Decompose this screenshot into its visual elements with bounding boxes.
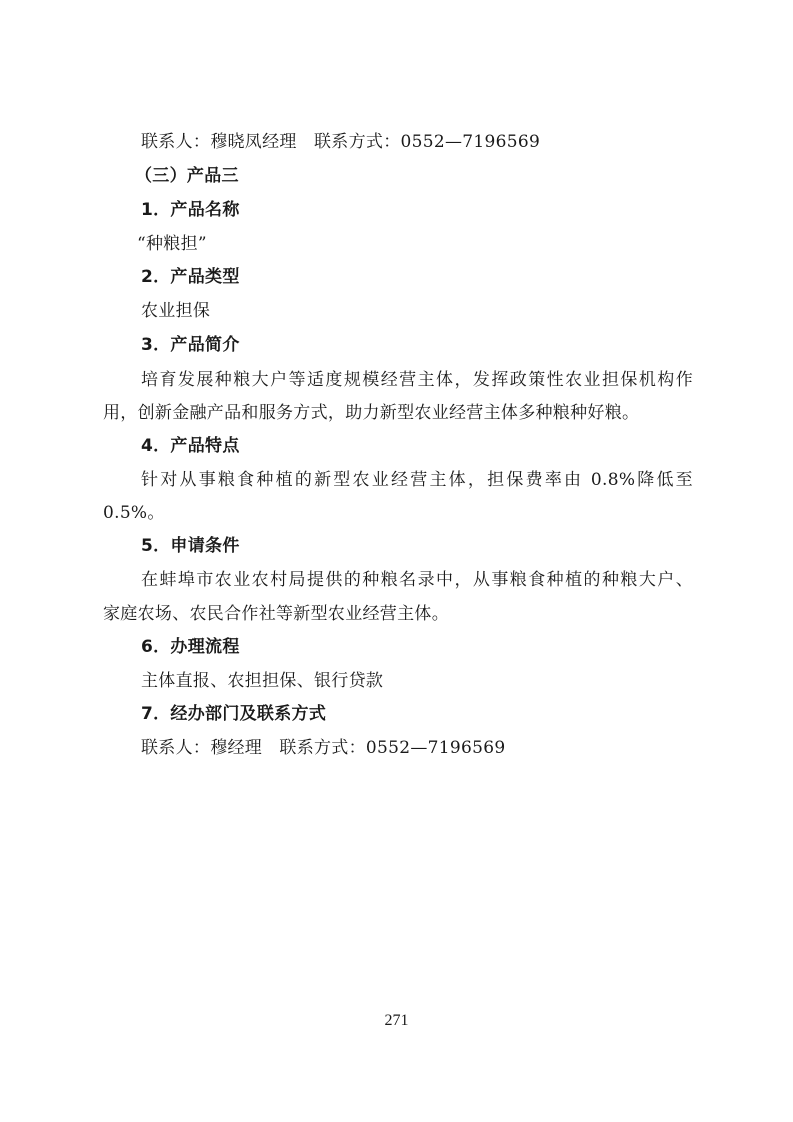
application-conditions-line-2: 家庭农场、农民合作社等新型农业经营主体。 [103,603,449,625]
department-contact-value: 联系人：穆经理 联系方式：0552—7196569 [141,737,505,759]
process-value: 主体直报、农担担保、银行贷款 [141,670,383,692]
section-title: （三）产品三 [135,165,239,187]
previous-contact-line: 联系人：穆晓凤经理 联系方式：0552—7196569 [141,131,540,153]
product-name-value: “种粮担” [137,233,207,255]
item-heading-process: 6．办理流程 [141,636,240,658]
document-page: 联系人：穆晓凤经理 联系方式：0552—7196569 （三）产品三 1．产品名… [0,0,793,1122]
application-conditions-line-1: 在蚌埠市农业农村局提供的种粮名录中，从事粮食种植的种粮大户、 [141,569,693,591]
product-features-line-2: 0.5%。 [103,502,165,524]
item-heading-product-intro: 3．产品简介 [141,334,240,356]
item-heading-application-conditions: 5．申请条件 [141,535,240,557]
item-heading-department-contact: 7．经办部门及联系方式 [141,703,326,725]
page-number: 271 [0,1012,793,1030]
item-heading-product-type: 2．产品类型 [141,266,240,288]
product-features-line-1: 针对从事粮食种植的新型农业经营主体，担保费率由 0.8%降低至 [141,469,693,491]
item-heading-product-features: 4．产品特点 [141,435,240,457]
product-intro-line-1: 培育发展种粮大户等适度规模经营主体，发挥政策性农业担保机构作 [141,369,693,391]
product-intro-line-2: 用，创新金融产品和服务方式，助力新型农业经营主体多种粮种好粮。 [103,402,639,424]
product-type-value: 农业担保 [141,300,210,322]
item-heading-product-name: 1．产品名称 [141,199,240,221]
